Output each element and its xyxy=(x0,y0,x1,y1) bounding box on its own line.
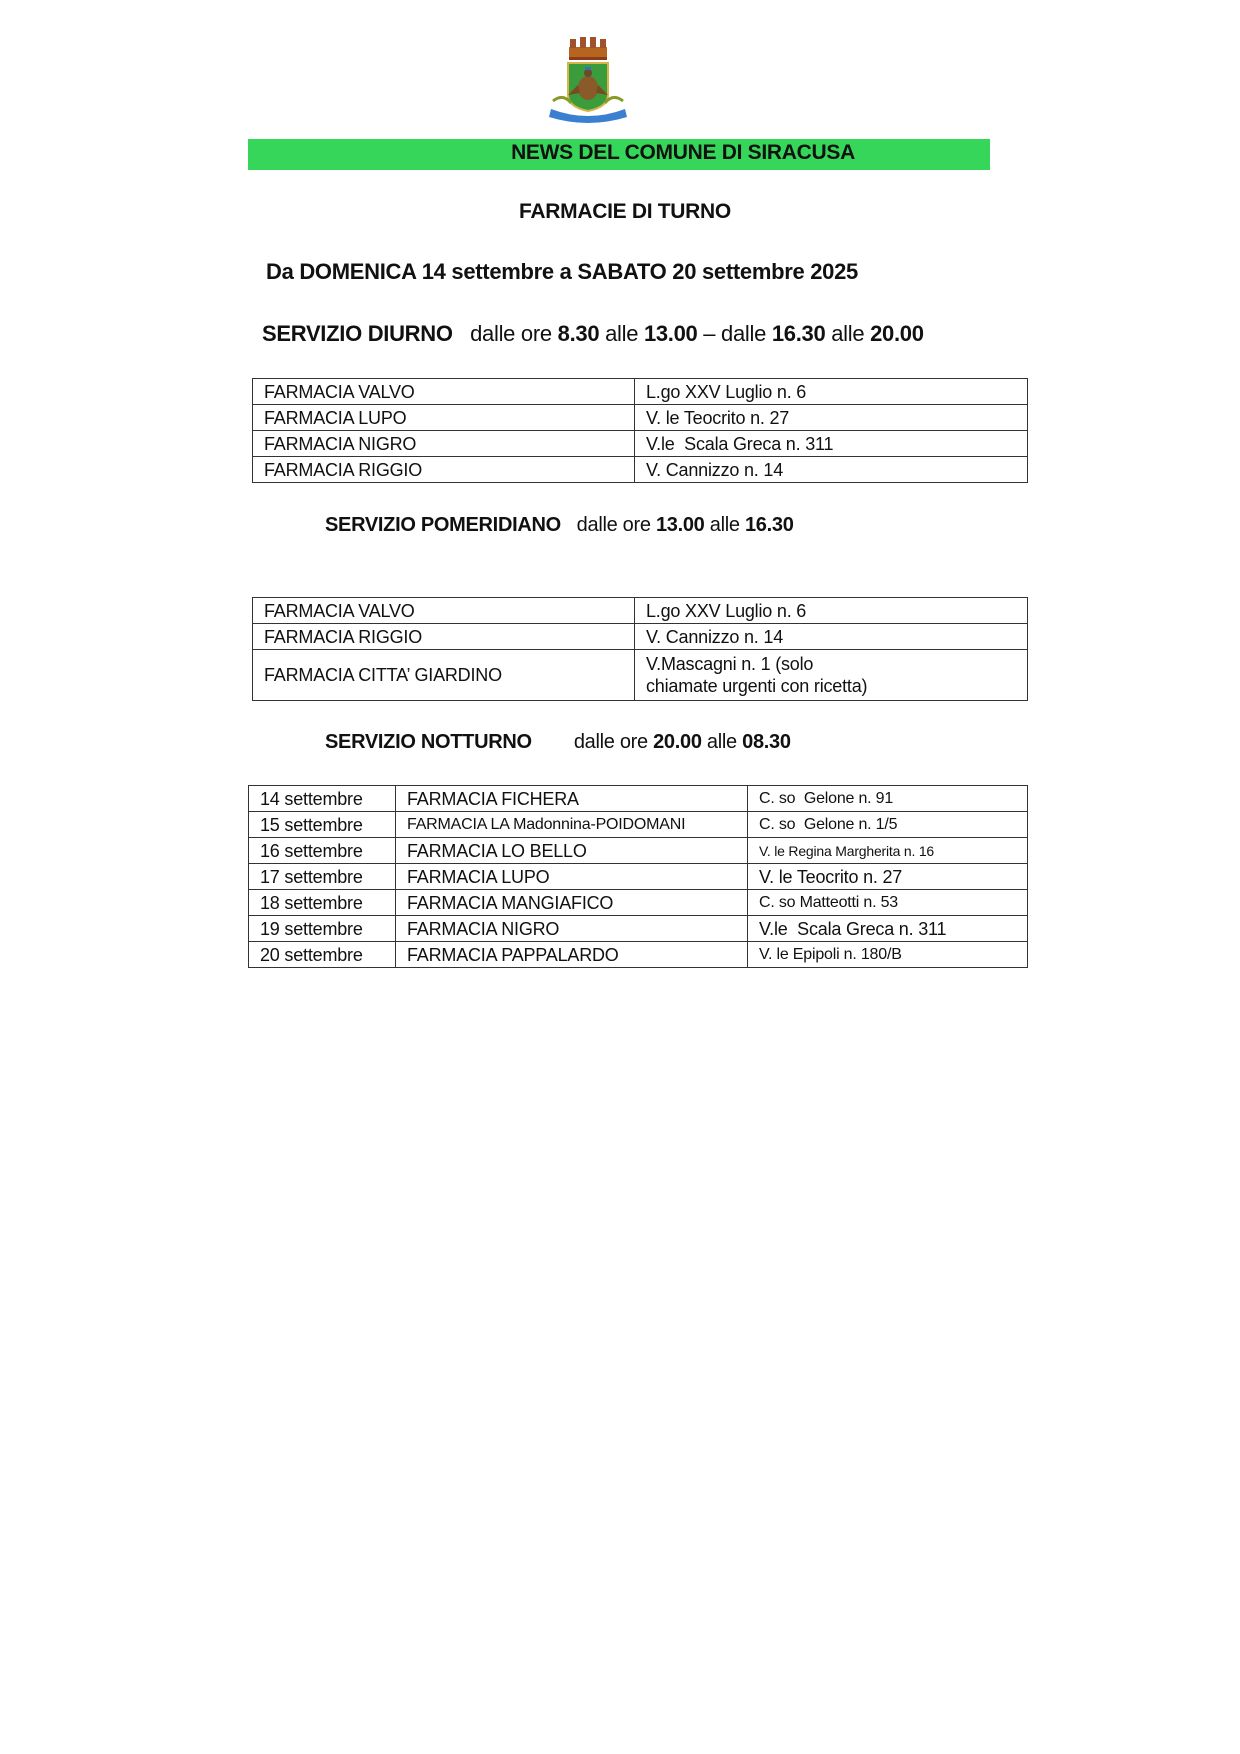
table-row: 15 settembreFARMACIA LA Madonnina-POIDOM… xyxy=(249,812,1028,838)
table-cell: C. so Gelone n. 1/5 xyxy=(748,812,1028,838)
table-cell: 16 settembre xyxy=(249,838,396,864)
table-cell: C. so Gelone n. 91 xyxy=(748,786,1028,812)
table-cell: FARMACIA LA Madonnina-POIDOMANI xyxy=(396,812,748,838)
table-row: 20 settembreFARMACIA PAPPALARDOV. le Epi… xyxy=(249,942,1028,968)
table-diurno: FARMACIA VALVOL.go XXV Luglio n. 6 FARMA… xyxy=(252,378,1028,483)
table-cell: 20 settembre xyxy=(249,942,396,968)
table-row: FARMACIA RIGGIOV. Cannizzo n. 14 xyxy=(253,457,1028,483)
table-cell: FARMACIA NIGRO xyxy=(253,431,635,457)
table-cell: FARMACIA LO BELLO xyxy=(396,838,748,864)
table-cell: FARMACIA CITTA’ GIARDINO xyxy=(253,650,635,701)
table-cell: 15 settembre xyxy=(249,812,396,838)
table-cell: C. so Matteotti n. 53 xyxy=(748,890,1028,916)
table-cell: L.go XXV Luglio n. 6 xyxy=(635,379,1028,405)
table-row: FARMACIA CITTA’ GIARDINOV.Mascagni n. 1 … xyxy=(253,650,1028,701)
service-notturno-heading: SERVIZIO NOTTURNO dalle ore 20.00 alle 0… xyxy=(325,731,791,754)
news-title: NEWS DEL COMUNE DI SIRACUSA xyxy=(248,141,990,165)
service-diurno-heading: SERVIZIO DIURNO dalle ore 8.30 alle 13.0… xyxy=(262,321,924,347)
table-cell: FARMACIA RIGGIO xyxy=(253,624,635,650)
table-cell: 14 settembre xyxy=(249,786,396,812)
table-cell: V.le Scala Greca n. 311 xyxy=(748,916,1028,942)
table-row: 19 settembreFARMACIA NIGROV.le Scala Gre… xyxy=(249,916,1028,942)
table-cell: 18 settembre xyxy=(249,890,396,916)
document-title: FARMACIE DI TURNO xyxy=(0,200,1240,224)
table-cell: V. le Teocrito n. 27 xyxy=(635,405,1028,431)
table-cell: FARMACIA FICHERA xyxy=(396,786,748,812)
table-row: 16 settembreFARMACIA LO BELLOV. le Regin… xyxy=(249,838,1028,864)
table-cell: 17 settembre xyxy=(249,864,396,890)
table-row: 18 settembreFARMACIA MANGIAFICOC. so Mat… xyxy=(249,890,1028,916)
table-notturno: 14 settembreFARMACIA FICHERAC. so Gelone… xyxy=(248,785,1028,968)
table-cell: V.Mascagni n. 1 (solochiamate urgenti co… xyxy=(635,650,1028,701)
table-cell: V. le Epipoli n. 180/B xyxy=(748,942,1028,968)
table-cell: FARMACIA RIGGIO xyxy=(253,457,635,483)
service-pomeridiano-heading: SERVIZIO POMERIDIANO dalle ore 13.00 all… xyxy=(325,514,794,537)
table-cell: FARMACIA LUPO xyxy=(396,864,748,890)
table-cell: V. le Regina Margherita n. 16 xyxy=(748,838,1028,864)
table-cell: V. Cannizzo n. 14 xyxy=(635,457,1028,483)
table-row: FARMACIA NIGROV.le Scala Greca n. 311 xyxy=(253,431,1028,457)
table-cell: FARMACIA VALVO xyxy=(253,598,635,624)
table-row: FARMACIA LUPOV. le Teocrito n. 27 xyxy=(253,405,1028,431)
table-row: FARMACIA RIGGIOV. Cannizzo n. 14 xyxy=(253,624,1028,650)
table-cell: L.go XXV Luglio n. 6 xyxy=(635,598,1028,624)
table-cell: FARMACIA VALVO xyxy=(253,379,635,405)
table-cell: FARMACIA NIGRO xyxy=(396,916,748,942)
coat-of-arms-icon xyxy=(543,33,633,125)
table-row: FARMACIA VALVOL.go XXV Luglio n. 6 xyxy=(253,598,1028,624)
table-cell: 19 settembre xyxy=(249,916,396,942)
table-cell: FARMACIA PAPPALARDO xyxy=(396,942,748,968)
table-row: 14 settembreFARMACIA FICHERAC. so Gelone… xyxy=(249,786,1028,812)
date-range: Da DOMENICA 14 settembre a SABATO 20 set… xyxy=(266,259,858,285)
table-cell: FARMACIA MANGIAFICO xyxy=(396,890,748,916)
table-row: 17 settembreFARMACIA LUPOV. le Teocrito … xyxy=(249,864,1028,890)
table-cell: V.le Scala Greca n. 311 xyxy=(635,431,1028,457)
table-row: FARMACIA VALVOL.go XXV Luglio n. 6 xyxy=(253,379,1028,405)
table-cell: V. Cannizzo n. 14 xyxy=(635,624,1028,650)
table-cell: V. le Teocrito n. 27 xyxy=(748,864,1028,890)
table-pomeridiano: FARMACIA VALVOL.go XXV Luglio n. 6 FARMA… xyxy=(252,597,1028,701)
table-cell: FARMACIA LUPO xyxy=(253,405,635,431)
document-page: NEWS DEL COMUNE DI SIRACUSA FARMACIE DI … xyxy=(0,0,1240,1754)
